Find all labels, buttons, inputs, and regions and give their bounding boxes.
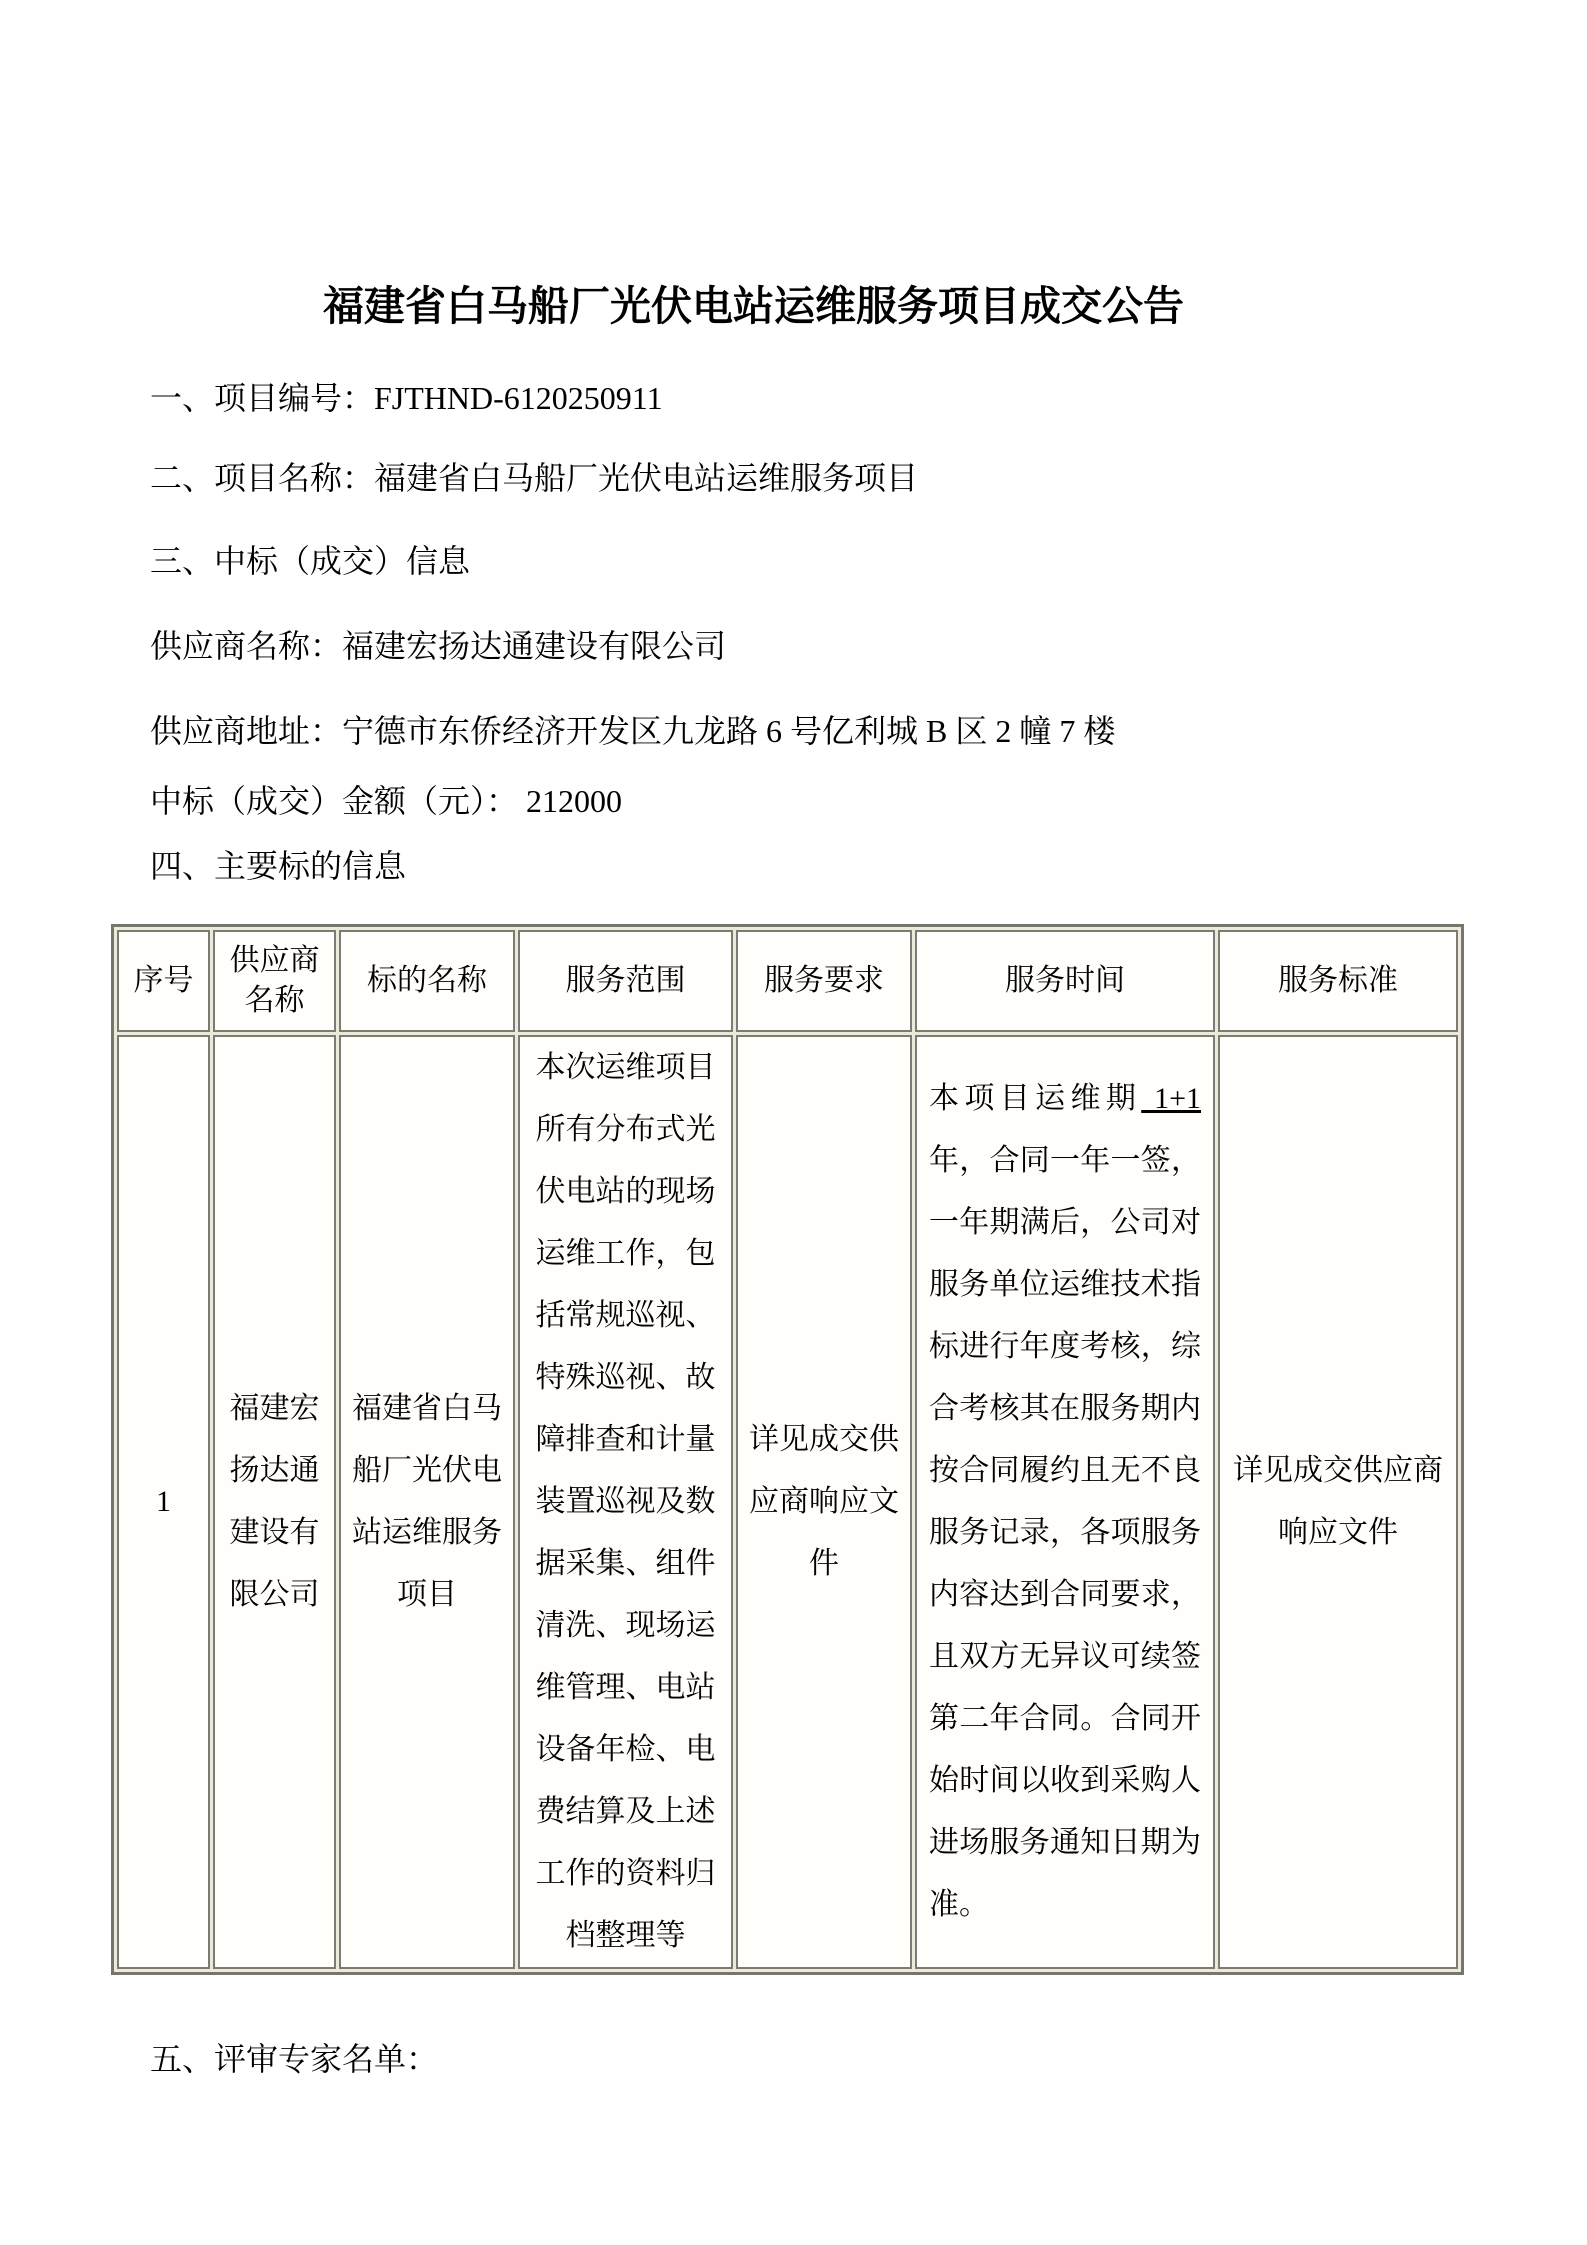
cell-seq: 1 xyxy=(117,1035,210,1969)
table-header-row: 序号 供应商名称 标的名称 服务范围 服务要求 服务时间 服务标准 xyxy=(117,930,1458,1032)
cell-subject: 福建省白马船厂光伏电站运维服务项目 xyxy=(339,1035,515,1969)
service-time-prefix: 本项目运维期 xyxy=(929,1082,1141,1115)
header-cell-subject: 标的名称 xyxy=(339,930,515,1032)
para-project-name: 二、项目名称：福建省白马船厂光伏电站运维服务项目 xyxy=(150,456,1491,500)
cell-requirement: 详见成交供应商响应文件 xyxy=(736,1035,912,1969)
para-experts-heading: 五、评审专家名单： xyxy=(150,2037,1491,2081)
award-table: 序号 供应商名称 标的名称 服务范围 服务要求 服务时间 服务标准 1 福建宏扬… xyxy=(111,924,1464,1975)
header-cell-scope: 服务范围 xyxy=(518,930,733,1032)
para-project-no: 一、项目编号：FJTHND-6120250911 xyxy=(150,376,1491,420)
para-award-info-heading: 三、中标（成交）信息 xyxy=(150,539,1491,583)
header-cell-supplier: 供应商名称 xyxy=(213,930,336,1032)
document-content: 福建省白马船厂光伏电站运维服务项目成交公告 一、项目编号：FJTHND-6120… xyxy=(0,0,1587,2081)
document-page: 福建省白马船厂光伏电站运维服务项目成交公告 一、项目编号：FJTHND-6120… xyxy=(0,0,1587,2245)
header-cell-requirement: 服务要求 xyxy=(736,930,912,1032)
header-cell-seq: 序号 xyxy=(117,930,210,1032)
header-cell-standard: 服务标准 xyxy=(1218,930,1458,1032)
cell-service-time: 本项目运维期 1+1 年，合同一年一签，一年期满后，公司对服务单位运维技术指标进… xyxy=(915,1035,1215,1969)
cell-standard: 详见成交供应商响应文件 xyxy=(1218,1035,1458,1969)
header-cell-service-time: 服务时间 xyxy=(915,930,1215,1032)
service-time-underlined: 1+1 xyxy=(1141,1082,1201,1115)
document-title: 福建省白马船厂光伏电站运维服务项目成交公告 xyxy=(96,283,1411,329)
cell-supplier: 福建宏扬达通建设有限公司 xyxy=(213,1035,336,1969)
cell-scope: 本次运维项目所有分布式光伏电站的现场运维工作，包括常规巡视、特殊巡视、故障排查和… xyxy=(518,1035,733,1969)
para-subject-heading: 四、主要标的信息 xyxy=(150,844,1491,888)
para-supplier-address: 供应商地址：宁德市东侨经济开发区九龙路 6 号亿利城 B 区 2 幢 7 楼 xyxy=(150,709,1491,753)
para-award-amount: 中标（成交）金额（元）： 212000 xyxy=(150,779,1491,823)
para-supplier-name: 供应商名称：福建宏扬达通建设有限公司 xyxy=(150,624,1491,668)
table-row: 1 福建宏扬达通建设有限公司 福建省白马船厂光伏电站运维服务项目 本次运维项目所… xyxy=(117,1035,1458,1969)
service-time-suffix: 年，合同一年一签，一年期满后，公司对服务单位运维技术指标进行年度考核，综合考核其… xyxy=(929,1144,1201,1921)
